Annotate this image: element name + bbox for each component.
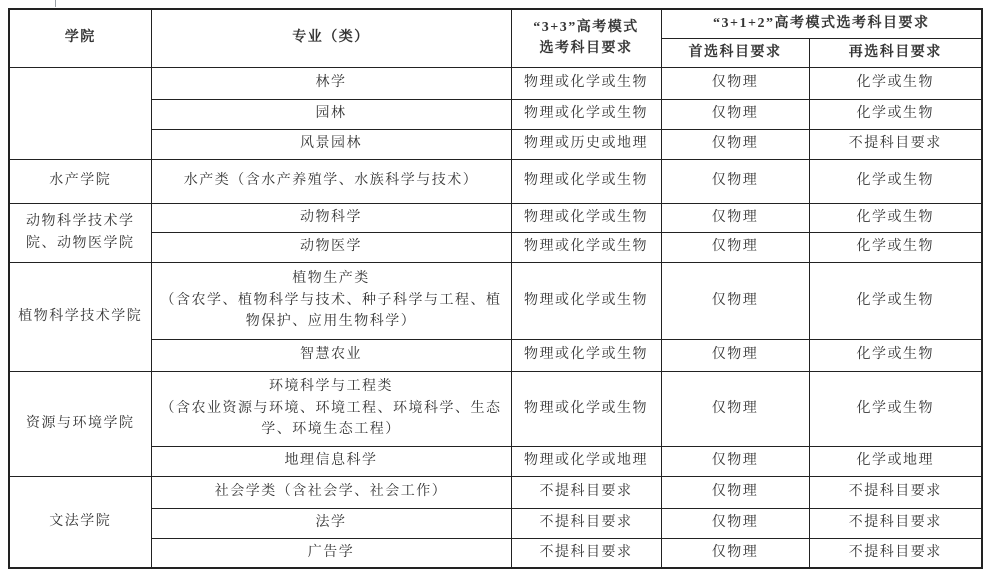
major-cell: 园林 xyxy=(151,99,511,129)
first-subject-cell: 仅物理 xyxy=(661,159,809,203)
crop-cursor-artifact xyxy=(55,0,56,7)
first-subject-cell: 仅物理 xyxy=(661,203,809,232)
mode33-cell: 物理或化学或生物 xyxy=(511,262,661,339)
mode33-cell: 物理或化学或生物 xyxy=(511,371,661,446)
second-subject-cell: 不提科目要求 xyxy=(809,476,982,508)
first-subject-cell: 仅物理 xyxy=(661,262,809,339)
second-subject-header: 再选科目要求 xyxy=(809,38,982,67)
major-cell: 风景园林 xyxy=(151,129,511,159)
first-subject-cell: 仅物理 xyxy=(661,446,809,476)
second-subject-cell: 不提科目要求 xyxy=(809,538,982,568)
second-subject-cell: 化学或生物 xyxy=(809,159,982,203)
mode33-cell: 不提科目要求 xyxy=(511,476,661,508)
table-row: 法学 不提科目要求 仅物理 不提科目要求 xyxy=(9,508,982,538)
major-cell: 植物生产类 （含农学、植物科学与技术、种子科学与工程、植物保护、应用生物科学） xyxy=(151,262,511,339)
college-cell xyxy=(9,67,151,159)
mode33-cell: 不提科目要求 xyxy=(511,508,661,538)
table-row: 动物科学技术学院、动物医学院 动物科学 物理或化学或生物 仅物理 化学或生物 xyxy=(9,203,982,232)
second-subject-cell: 化学或生物 xyxy=(809,371,982,446)
first-subject-cell: 仅物理 xyxy=(661,538,809,568)
major-cell: 智慧农业 xyxy=(151,339,511,371)
table-row: 林学 物理或化学或生物 仅物理 化学或生物 xyxy=(9,67,982,99)
table-row: 地理信息科学 物理或化学或地理 仅物理 化学或地理 xyxy=(9,446,982,476)
mode33-header-line1: “3+3”高考模式 xyxy=(518,17,655,39)
major-cell: 林学 xyxy=(151,67,511,99)
major-cell: 动物科学 xyxy=(151,203,511,232)
table-row: 水产学院 水产类（含水产养殖学、水族科学与技术） 物理或化学或生物 仅物理 化学… xyxy=(9,159,982,203)
table-row: 动物医学 物理或化学或生物 仅物理 化学或生物 xyxy=(9,232,982,262)
mode33-cell: 物理或化学或生物 xyxy=(511,159,661,203)
table-row: 风景园林 物理或历史或地理 仅物理 不提科目要求 xyxy=(9,129,982,159)
table-row: 智慧农业 物理或化学或生物 仅物理 化学或生物 xyxy=(9,339,982,371)
major-cell: 社会学类（含社会学、社会工作） xyxy=(151,476,511,508)
college-cell: 水产学院 xyxy=(9,159,151,203)
major-cell: 动物医学 xyxy=(151,232,511,262)
first-subject-cell: 仅物理 xyxy=(661,339,809,371)
major-cell: 地理信息科学 xyxy=(151,446,511,476)
second-subject-cell: 化学或生物 xyxy=(809,339,982,371)
college-cell: 动物科学技术学院、动物医学院 xyxy=(9,203,151,262)
mode33-cell: 不提科目要求 xyxy=(511,538,661,568)
header-row-1: 学院 专业（类） “3+3”高考模式 选考科目要求 “3+1+2”高考模式选考科… xyxy=(9,9,982,38)
table-row: 广告学 不提科目要求 仅物理 不提科目要求 xyxy=(9,538,982,568)
table-row: 园林 物理或化学或生物 仅物理 化学或生物 xyxy=(9,99,982,129)
major-note: （含农业资源与环境、环境工程、环境科学、生态学、环境生态工程） xyxy=(158,398,505,441)
second-subject-cell: 化学或生物 xyxy=(809,262,982,339)
college-cell: 资源与环境学院 xyxy=(9,371,151,476)
table-row: 植物科学技术学院 植物生产类 （含农学、植物科学与技术、种子科学与工程、植物保护… xyxy=(9,262,982,339)
second-subject-cell: 不提科目要求 xyxy=(809,129,982,159)
second-subject-cell: 不提科目要求 xyxy=(809,508,982,538)
second-subject-cell: 化学或生物 xyxy=(809,232,982,262)
mode33-cell: 物理或化学或生物 xyxy=(511,339,661,371)
first-subject-cell: 仅物理 xyxy=(661,508,809,538)
second-subject-cell: 化学或生物 xyxy=(809,203,982,232)
first-subject-cell: 仅物理 xyxy=(661,476,809,508)
major-cell: 环境科学与工程类 （含农业资源与环境、环境工程、环境科学、生态学、环境生态工程） xyxy=(151,371,511,446)
table-row: 文法学院 社会学类（含社会学、社会工作） 不提科目要求 仅物理 不提科目要求 xyxy=(9,476,982,508)
college-cell: 文法学院 xyxy=(9,476,151,568)
table-row: 资源与环境学院 环境科学与工程类 （含农业资源与环境、环境工程、环境科学、生态学… xyxy=(9,371,982,446)
major-cell: 法学 xyxy=(151,508,511,538)
first-subject-header: 首选科目要求 xyxy=(661,38,809,67)
first-subject-cell: 仅物理 xyxy=(661,99,809,129)
mode33-cell: 物理或历史或地理 xyxy=(511,129,661,159)
first-subject-cell: 仅物理 xyxy=(661,232,809,262)
major-header: 专业（类） xyxy=(151,9,511,67)
mode33-header: “3+3”高考模式 选考科目要求 xyxy=(511,9,661,67)
mode33-cell: 物理或化学或地理 xyxy=(511,446,661,476)
second-subject-cell: 化学或地理 xyxy=(809,446,982,476)
first-subject-cell: 仅物理 xyxy=(661,371,809,446)
first-subject-cell: 仅物理 xyxy=(661,129,809,159)
major-cell: 广告学 xyxy=(151,538,511,568)
mode33-cell: 物理或化学或生物 xyxy=(511,232,661,262)
subject-requirements-table: 学院 专业（类） “3+3”高考模式 选考科目要求 “3+1+2”高考模式选考科… xyxy=(8,8,983,569)
mode33-cell: 物理或化学或生物 xyxy=(511,203,661,232)
major-name: 环境科学与工程类 xyxy=(158,376,505,398)
major-note: （含农学、植物科学与技术、种子科学与工程、植物保护、应用生物科学） xyxy=(158,290,505,333)
second-subject-cell: 化学或生物 xyxy=(809,67,982,99)
first-subject-cell: 仅物理 xyxy=(661,67,809,99)
major-cell: 水产类（含水产养殖学、水族科学与技术） xyxy=(151,159,511,203)
college-cell: 植物科学技术学院 xyxy=(9,262,151,371)
major-name: 植物生产类 xyxy=(158,268,505,290)
mode33-cell: 物理或化学或生物 xyxy=(511,67,661,99)
mode312-header: “3+1+2”高考模式选考科目要求 xyxy=(661,9,982,38)
college-header: 学院 xyxy=(9,9,151,67)
second-subject-cell: 化学或生物 xyxy=(809,99,982,129)
mode33-cell: 物理或化学或生物 xyxy=(511,99,661,129)
mode33-header-line2: 选考科目要求 xyxy=(518,38,655,60)
